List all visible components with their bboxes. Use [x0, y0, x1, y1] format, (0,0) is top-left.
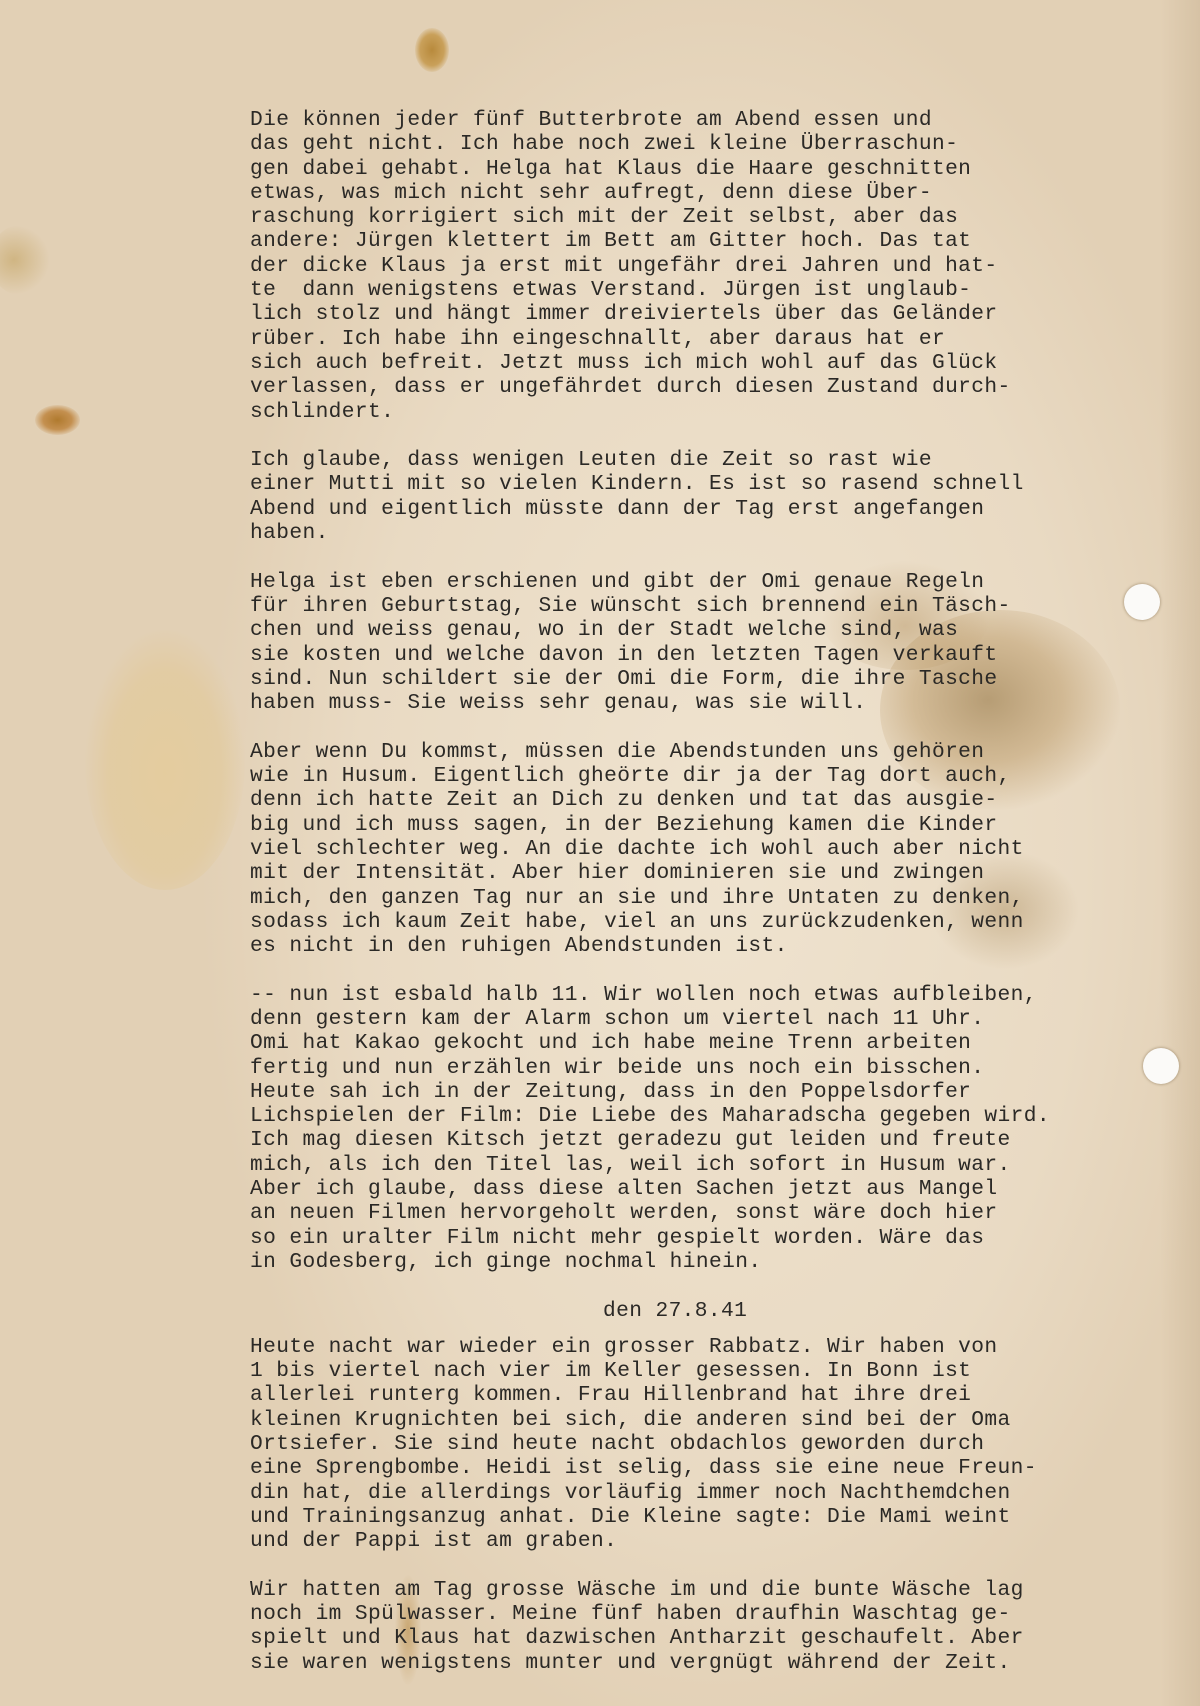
text-line: haben.: [250, 521, 1150, 545]
text-line: einer Mutti mit so vielen Kindern. Es is…: [250, 472, 1150, 496]
text-line: viel schlechter weg. An die dachte ich w…: [250, 837, 1150, 861]
paragraph: Die können jeder fünf Butterbrote am Abe…: [250, 108, 1150, 424]
text-line: kleinen Krugnichten bei sich, die andere…: [250, 1408, 1150, 1432]
text-line: din hat, die allerdings vorläufig immer …: [250, 1481, 1150, 1505]
text-line: Lichspielen der Film: Die Liebe des Maha…: [250, 1104, 1150, 1128]
text-line: Heute sah ich in der Zeitung, dass in de…: [250, 1080, 1150, 1104]
text-line: wie in Husum. Eigentlich gheörte dir ja …: [250, 764, 1150, 788]
text-line: das geht nicht. Ich habe noch zwei klein…: [250, 132, 1150, 156]
text-line: big und ich muss sagen, in der Beziehung…: [250, 813, 1150, 837]
text-line: raschung korrigiert sich mit der Zeit se…: [250, 205, 1150, 229]
text-line: -- nun ist esbald halb 11. Wir wollen no…: [250, 983, 1150, 1007]
paragraph: Wir hatten am Tag grosse Wäsche im und d…: [250, 1578, 1150, 1675]
text-line: allerlei runterg kommen. Frau Hillenbran…: [250, 1383, 1150, 1407]
text-line: denn ich hatte Zeit an Dich zu denken un…: [250, 788, 1150, 812]
text-line: mich, den ganzen Tag nur an sie und ihre…: [250, 886, 1150, 910]
text-line: so ein uralter Film nicht mehr gespielt …: [250, 1226, 1150, 1250]
text-line: sind. Nun schildert sie der Omi die Form…: [250, 667, 1150, 691]
date-heading: den 27.8.41: [250, 1299, 1150, 1323]
paragraph: Helga ist eben erschienen und gibt der O…: [250, 570, 1150, 716]
text-line: lich stolz und hängt immer dreiviertels …: [250, 302, 1150, 326]
text-line: an neuen Filmen hervorgeholt werden, son…: [250, 1201, 1150, 1225]
text-line: schlindert.: [250, 400, 1150, 424]
text-line: Heute nacht war wieder ein grosser Rabba…: [250, 1335, 1150, 1359]
typewritten-letter: Die können jeder fünf Butterbrote am Abe…: [250, 108, 1150, 1699]
text-line: Ich glaube, dass wenigen Leuten die Zeit…: [250, 448, 1150, 472]
text-line: noch im Spülwasser. Meine fünf haben dra…: [250, 1602, 1150, 1626]
text-line: es nicht in den ruhigen Abendstunden ist…: [250, 934, 1150, 958]
text-line: mich, als ich den Titel las, weil ich so…: [250, 1153, 1150, 1177]
paragraph: Aber wenn Du kommst, müssen die Abendstu…: [250, 740, 1150, 959]
text-line: und Trainingsanzug anhat. Die Kleine sag…: [250, 1505, 1150, 1529]
text-line: spielt und Klaus hat dazwischen Antharzi…: [250, 1626, 1150, 1650]
text-line: sie waren wenigstens munter und vergnügt…: [250, 1651, 1150, 1675]
text-line: eine Sprengbombe. Heidi ist selig, dass …: [250, 1456, 1150, 1480]
text-line: in Godesberg, ich ginge nochmal hinein.: [250, 1250, 1150, 1274]
text-line: Ortsiefer. Sie sind heute nacht obdachlo…: [250, 1432, 1150, 1456]
paragraph: -- nun ist esbald halb 11. Wir wollen no…: [250, 983, 1150, 1275]
text-line: etwas, was mich nicht sehr aufregt, denn…: [250, 181, 1150, 205]
text-line: Die können jeder fünf Butterbrote am Abe…: [250, 108, 1150, 132]
text-line: Helga ist eben erschienen und gibt der O…: [250, 570, 1150, 594]
text-line: 1 bis viertel nach vier im Keller gesess…: [250, 1359, 1150, 1383]
paragraph: Ich glaube, dass wenigen Leuten die Zeit…: [250, 448, 1150, 545]
text-line: andere: Jürgen klettert im Bett am Gitte…: [250, 229, 1150, 253]
text-line: chen und weiss genau, wo in der Stadt we…: [250, 618, 1150, 642]
text-line: te dann wenigstens etwas Verstand. Jürge…: [250, 278, 1150, 302]
text-line: rüber. Ich habe ihn eingeschnallt, aber …: [250, 327, 1150, 351]
text-line: mit der Intensität. Aber hier dominieren…: [250, 861, 1150, 885]
text-line: gen dabei gehabt. Helga hat Klaus die Ha…: [250, 157, 1150, 181]
text-line: der dicke Klaus ja erst mit ungefähr dre…: [250, 254, 1150, 278]
text-line: sich auch befreit. Jetzt muss ich mich w…: [250, 351, 1150, 375]
text-line: fertig und nun erzählen wir beide uns no…: [250, 1056, 1150, 1080]
paragraph: Heute nacht war wieder ein grosser Rabba…: [250, 1335, 1150, 1554]
text-line: Wir hatten am Tag grosse Wäsche im und d…: [250, 1578, 1150, 1602]
text-line: denn gestern kam der Alarm schon um vier…: [250, 1007, 1150, 1031]
text-line: Abend und eigentlich müsste dann der Tag…: [250, 497, 1150, 521]
letter-body-after-date: Heute nacht war wieder ein grosser Rabba…: [250, 1335, 1150, 1675]
text-line: sie kosten und welche davon in den letzt…: [250, 643, 1150, 667]
text-line: verlassen, dass er ungefährdet durch die…: [250, 375, 1150, 399]
text-line: für ihren Geburtstag, Sie wünscht sich b…: [250, 594, 1150, 618]
text-line: sodass ich kaum Zeit habe, viel an uns z…: [250, 910, 1150, 934]
text-line: Aber ich glaube, dass diese alten Sachen…: [250, 1177, 1150, 1201]
text-line: Ich mag diesen Kitsch jetzt geradezu gut…: [250, 1128, 1150, 1152]
paper-edge-shadow: [1160, 0, 1200, 1706]
text-line: Omi hat Kakao gekocht und ich habe meine…: [250, 1031, 1150, 1055]
letter-body-before-date: Die können jeder fünf Butterbrote am Abe…: [250, 108, 1150, 1274]
text-line: und der Pappi ist am graben.: [250, 1529, 1150, 1553]
text-line: Aber wenn Du kommst, müssen die Abendstu…: [250, 740, 1150, 764]
text-line: haben muss- Sie weiss sehr genau, was si…: [250, 691, 1150, 715]
